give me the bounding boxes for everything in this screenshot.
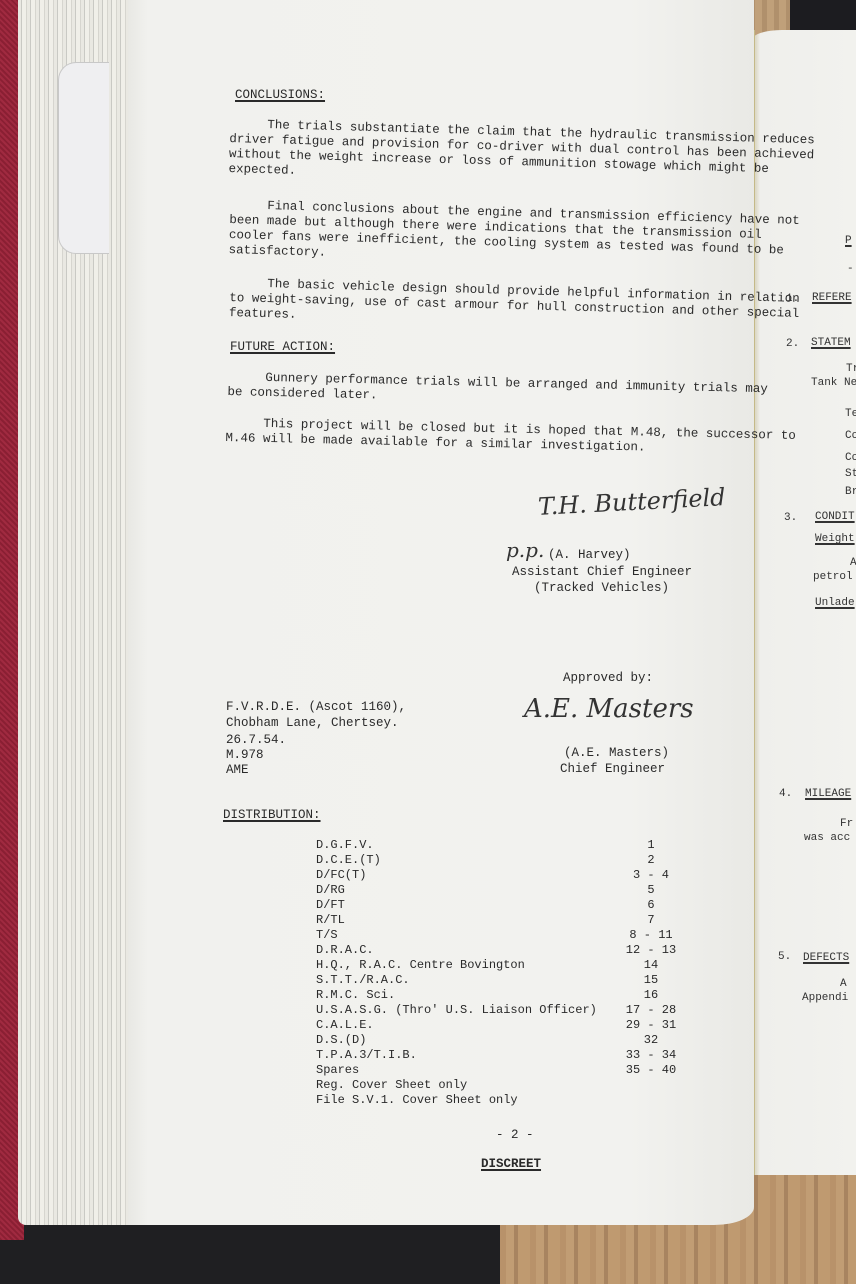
right-page-text: petrol xyxy=(813,571,853,583)
page-number: - 2 - xyxy=(496,1128,534,1143)
future-action-heading: FUTURE ACTION: xyxy=(230,340,335,355)
section-heading-conditions: CONDIT xyxy=(815,511,855,523)
approved-by-label: Approved by: xyxy=(563,671,653,686)
distribution-row: D.S.(D)32 xyxy=(316,1033,696,1047)
item-number: 2. xyxy=(786,338,799,350)
conclusions-paragraph-1: The trials substantiate the claim that t… xyxy=(228,117,815,193)
approver-name: (A.E. Masters) xyxy=(564,746,669,761)
distribution-row: Spares35 - 40 xyxy=(316,1063,696,1077)
distribution-row: File S.V.1. Cover Sheet only xyxy=(316,1093,696,1107)
right-page-title: P xyxy=(845,235,852,247)
distribution-row: D/FC(T)3 - 4 xyxy=(316,868,696,882)
item-number: 5. xyxy=(778,951,791,963)
distribution-row: T.P.A.3/T.I.B.33 - 34 xyxy=(316,1048,696,1062)
binder-tab[interactable] xyxy=(58,62,109,254)
document-date: 26.7.54. xyxy=(226,733,286,748)
distribution-row: D/FT6 xyxy=(316,898,696,912)
right-page-text: St xyxy=(845,468,856,480)
distribution-row: H.Q., R.A.C. Centre Bovington14 xyxy=(316,958,696,972)
right-page-text: Br xyxy=(845,486,856,498)
distribution-row: D.R.A.C.12 - 13 xyxy=(316,943,696,957)
right-page-text: Te xyxy=(845,408,856,420)
signature-initials: p.p. xyxy=(506,538,544,562)
right-page-text: was acc xyxy=(804,832,850,844)
future-action-paragraph-2: This project will be closed but it is ho… xyxy=(225,416,796,459)
right-page-text: Fr xyxy=(840,818,853,830)
right-page-text: A xyxy=(840,978,847,990)
right-page-text: Unlade xyxy=(815,597,855,609)
signature-butterfield: T.H. Butterfield xyxy=(537,483,726,521)
distribution-row: D.G.F.V.1 xyxy=(316,838,696,852)
distribution-row: R/TL7 xyxy=(316,913,696,927)
distribution-row: C.A.L.E.29 - 31 xyxy=(316,1018,696,1032)
section-heading-references: REFERE xyxy=(812,292,852,304)
future-action-paragraph-1: Gunnery performance trials will be arran… xyxy=(227,370,768,412)
distribution-row: D.C.E.(T)2 xyxy=(316,853,696,867)
right-page-dash: - xyxy=(847,263,854,275)
item-number: 3. xyxy=(784,512,797,524)
conclusions-paragraph-3: The basic vehicle design should provide … xyxy=(229,276,800,337)
distribution-heading: DISTRIBUTION: xyxy=(223,808,321,823)
classification-marking: DISCREET xyxy=(481,1157,541,1172)
distribution-row: S.T.T./R.A.C.15 xyxy=(316,973,696,987)
distribution-row: T/S8 - 11 xyxy=(316,928,696,942)
right-page-text: Weight xyxy=(815,533,855,545)
conclusions-heading: CONCLUSIONS: xyxy=(235,88,325,103)
document-page: CONCLUSIONS: The trials substantiate the… xyxy=(128,0,754,1225)
distribution-list: D.G.F.V.1 D.C.E.(T)2 D/FC(T)3 - 4 D/RG5 … xyxy=(316,838,696,1118)
address-line-1: F.V.R.D.E. (Ascot 1160), xyxy=(226,700,406,715)
signatory-1-name: (A. Harvey) xyxy=(548,548,631,563)
distribution-row: R.M.C. Sci.16 xyxy=(316,988,696,1002)
right-page-text: A xyxy=(850,557,856,569)
conclusions-paragraph-2: Final conclusions about the engine and t… xyxy=(228,198,800,274)
section-heading-mileage: MILEAGE xyxy=(805,788,851,800)
signature-masters: A.E. Masters xyxy=(524,694,694,724)
distribution-row: Reg. Cover Sheet only xyxy=(316,1078,696,1092)
item-number: 4. xyxy=(779,788,792,800)
address-line-2: Chobham Lane, Chertsey. xyxy=(226,716,399,731)
right-page-text: Appendi xyxy=(802,992,848,1004)
item-number: 1. xyxy=(786,293,799,305)
signatory-1-title: Assistant Chief Engineer xyxy=(512,565,692,580)
section-heading-defects: DEFECTS xyxy=(803,952,849,964)
section-heading-statement: STATEM xyxy=(811,337,851,349)
approver-title: Chief Engineer xyxy=(560,762,665,777)
right-page-text: Tr xyxy=(846,363,856,375)
document-reference: M.978 xyxy=(226,748,264,763)
right-page-text: Co xyxy=(845,430,856,442)
distribution-row: U.S.A.S.G. (Thro' U.S. Liaison Officer)1… xyxy=(316,1003,696,1017)
signatory-1-subtitle: (Tracked Vehicles) xyxy=(534,581,669,596)
right-page-text: Tank Ne xyxy=(811,377,856,389)
right-page-text: Co xyxy=(845,452,856,464)
typist-initials: AME xyxy=(226,763,249,778)
distribution-row: D/RG5 xyxy=(316,883,696,897)
